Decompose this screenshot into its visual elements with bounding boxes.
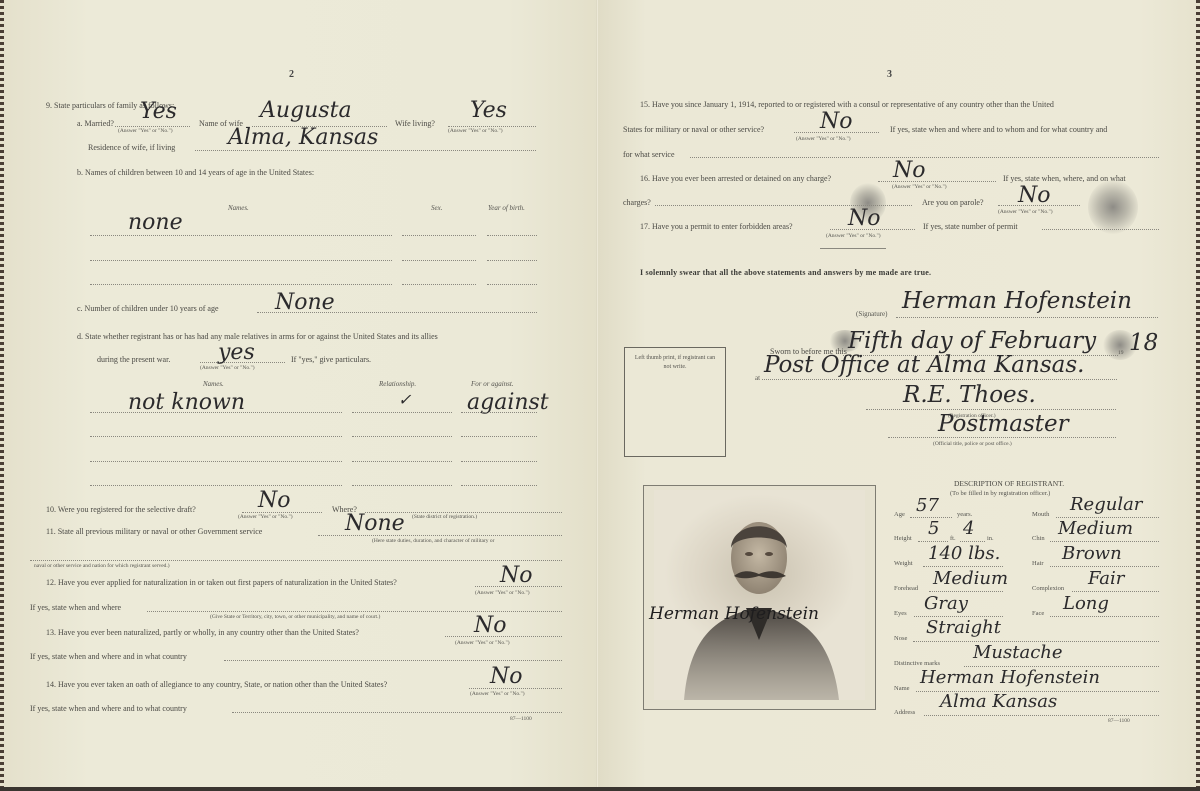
registrant-signature: Herman Hofenstein — [902, 290, 1132, 313]
address-label: Address — [894, 709, 915, 716]
form-code: 87—1100 — [510, 716, 532, 722]
height-ft: 5 — [928, 520, 939, 538]
residence-label: Residence of wife, if living — [88, 143, 175, 152]
age-label: Age — [894, 511, 905, 518]
registration-officer: R.E. Thoes. — [903, 384, 1036, 407]
q12-answer: No — [500, 565, 533, 587]
q17-answer: No — [848, 208, 881, 230]
years-label: years. — [957, 511, 972, 518]
registrant-photo-frame: Herman Hofenstein — [643, 485, 876, 710]
eyes-value: Gray — [924, 595, 968, 613]
column-header-year: Year of birth. — [488, 204, 525, 212]
q9a-married-answer: Yes — [140, 101, 177, 123]
q14-label: 14. Have you ever taken an oath of alleg… — [46, 680, 387, 689]
q9d-answer: yes — [218, 342, 255, 364]
divider — [820, 248, 886, 249]
age-value: 57 — [916, 497, 939, 515]
complexion-label: Complexion — [1032, 585, 1064, 592]
answer-hint: (Answer "Yes" or "No.") — [475, 590, 530, 596]
answer-hint: (Answer "Yes" or "No.") — [200, 365, 255, 371]
q16-parole-label: Are you on parole? — [922, 198, 984, 207]
residence-answer: Alma, Kansas — [228, 127, 378, 149]
q17-label: 17. Have you a permit to enter forbidden… — [640, 222, 793, 231]
relative-name: not known — [128, 392, 245, 414]
oath-statement: I solemnly swear that all the above stat… — [640, 268, 931, 277]
wife-living-label: Wife living? — [395, 119, 435, 128]
signature-label: (Signature) — [856, 310, 888, 318]
year-suffix: 18 — [1129, 332, 1158, 355]
distinctive-marks-label: Distinctive marks — [894, 660, 940, 667]
q9d-if-yes: If "yes," give particulars. — [291, 355, 371, 364]
chin-label: Chin — [1032, 535, 1045, 542]
mouth-label: Mouth — [1032, 511, 1049, 518]
height-in: 4 — [963, 520, 974, 538]
q15-if-yes-cont: for what service — [623, 150, 675, 159]
q12-if-yes: If yes, state when and where — [30, 603, 121, 612]
q11-hint: (Here state duties, duration, and charac… — [372, 538, 494, 544]
q16-label: 16. Have you ever been arrested or detai… — [640, 174, 831, 183]
q9b-label: b. Names of children between 10 and 14 y… — [77, 168, 314, 177]
scan-edge — [0, 787, 1200, 791]
description-subtitle: (To be filled in by registration officer… — [950, 490, 1050, 497]
name-label: Name — [894, 685, 910, 692]
photo-signature: Herman Hofenstein — [649, 606, 819, 623]
q16-answer: No — [893, 160, 926, 182]
answer-hint: (Answer "Yes" or "No.") — [448, 128, 503, 134]
thumb-print-box: Left thumb print, if registrant can not … — [624, 347, 726, 457]
column-header-names: Names. — [228, 204, 249, 212]
form-code: 87—1100 — [1108, 718, 1130, 724]
distinctive-marks-value: Mustache — [973, 644, 1063, 662]
nose-value: Straight — [926, 619, 1001, 637]
relative-relationship: ✓ — [398, 392, 411, 408]
q14-if-yes: If yes, state when and where and to what… — [30, 704, 187, 713]
face-label: Face — [1032, 610, 1044, 617]
sworn-date: Fifth day of February — [848, 330, 1096, 353]
q9c-label: c. Number of children under 10 years of … — [77, 304, 219, 313]
wife-name-answer: Augusta — [260, 100, 352, 122]
page-number: 2 — [289, 69, 294, 80]
answer-hint: (Answer "Yes" or "No.") — [998, 209, 1053, 215]
children-row-name: none — [128, 212, 183, 234]
q9d-label-cont: during the present war. — [97, 355, 170, 364]
column-header-relationship: Relationship. — [379, 380, 416, 388]
answer-hint: (Answer "Yes" or "No.") — [470, 691, 525, 697]
q13-if-yes: If yes, state when and where and in what… — [30, 652, 187, 661]
relative-for-against: against — [467, 392, 549, 414]
q11-hint-cont: naval or other service and nation for wh… — [34, 563, 170, 569]
q14-answer: No — [490, 666, 523, 688]
q15-label: 15. Have you since January 1, 1914, repo… — [640, 100, 1054, 109]
q11-answer: None — [345, 513, 405, 535]
q9a-married-label: a. Married? — [77, 119, 114, 128]
q9d-label: d. State whether registrant has or has h… — [77, 332, 438, 341]
q16-charges-label: charges? — [623, 198, 651, 207]
weight-value: 140 lbs. — [928, 545, 1000, 563]
column-header-sex: Sex. — [431, 204, 442, 212]
year-prefix: 19 — [1118, 350, 1124, 356]
perforated-edge — [0, 0, 4, 787]
answer-hint: (Answer "Yes" or "No.") — [238, 514, 293, 520]
name-value: Herman Hofenstein — [920, 669, 1100, 687]
q15-answer: No — [820, 111, 853, 133]
answer-hint: (Answer "Yes" or "No.") — [118, 128, 173, 134]
thumb-print-label: Left thumb print, if registrant can not … — [625, 348, 725, 372]
answer-hint: (Answer "Yes" or "No.") — [455, 640, 510, 646]
answer-hint: (Answer "Yes" or "No.") — [826, 233, 881, 239]
forehead-label: Forehead — [894, 585, 918, 592]
mouth-value: Regular — [1070, 496, 1142, 514]
hair-value: Brown — [1062, 545, 1122, 563]
left-page: 2 9. State particulars of family as foll… — [0, 0, 598, 787]
official-title-hint: (Official title, police or post office.) — [933, 441, 1012, 447]
q13-label: 13. Have you ever been naturalized, part… — [46, 628, 359, 637]
sworn-place: Post Office at Alma Kansas. — [764, 354, 1084, 377]
weight-label: Weight — [894, 560, 913, 567]
right-page: 3 15. Have you since January 1, 1914, re… — [598, 0, 1200, 787]
q11-label: 11. State all previous military or naval… — [46, 527, 262, 536]
ft-label: ft. — [950, 535, 956, 542]
at-label: at — [755, 374, 760, 382]
official-title: Postmaster — [938, 413, 1069, 436]
forehead-value: Medium — [933, 570, 1008, 588]
q10-label: 10. Were you registered for the selectiv… — [46, 505, 196, 514]
q13-answer: No — [474, 615, 507, 637]
perforated-edge — [1196, 0, 1200, 787]
hair-label: Hair — [1032, 560, 1044, 567]
face-value: Long — [1063, 595, 1109, 613]
q16-if-yes: If yes, state when, where, and on what — [1003, 174, 1126, 183]
portrait-illustration — [654, 490, 865, 700]
column-header-names: Names. — [203, 380, 224, 388]
nose-label: Nose — [894, 635, 907, 642]
q9c-answer: None — [275, 292, 335, 314]
registrant-photo — [654, 490, 865, 700]
column-header-for-against: For or against. — [471, 380, 514, 388]
q12-if-yes-hint: (Give State or Territory, city, town, or… — [210, 614, 380, 620]
document-spread: 2 9. State particulars of family as foll… — [0, 0, 1200, 787]
q12-label: 12. Have you ever applied for naturaliza… — [46, 578, 397, 587]
chin-value: Medium — [1058, 520, 1133, 538]
q17-if-yes: If yes, state number of permit — [923, 222, 1018, 231]
q16-parole-answer: No — [1018, 185, 1051, 207]
complexion-value: Fair — [1088, 570, 1124, 588]
q10-where-hint: (State district of registration.) — [412, 514, 477, 520]
q10-answer: No — [258, 490, 291, 512]
in-label: in. — [987, 535, 994, 542]
height-label: Height — [894, 535, 912, 542]
ink-stain — [1088, 180, 1138, 234]
q15-if-yes: If yes, state when and where and to whom… — [890, 125, 1107, 134]
page-number: 3 — [887, 69, 892, 80]
description-title: DESCRIPTION OF REGISTRANT. — [954, 479, 1064, 488]
wife-living-answer: Yes — [470, 100, 507, 122]
eyes-label: Eyes — [894, 610, 907, 617]
q15-label-cont: States for military or naval or other se… — [623, 125, 764, 134]
address-value: Alma Kansas — [940, 693, 1057, 711]
answer-hint: (Answer "Yes" or "No.") — [796, 136, 851, 142]
answer-hint: (Answer "Yes" or "No.") — [892, 184, 947, 190]
